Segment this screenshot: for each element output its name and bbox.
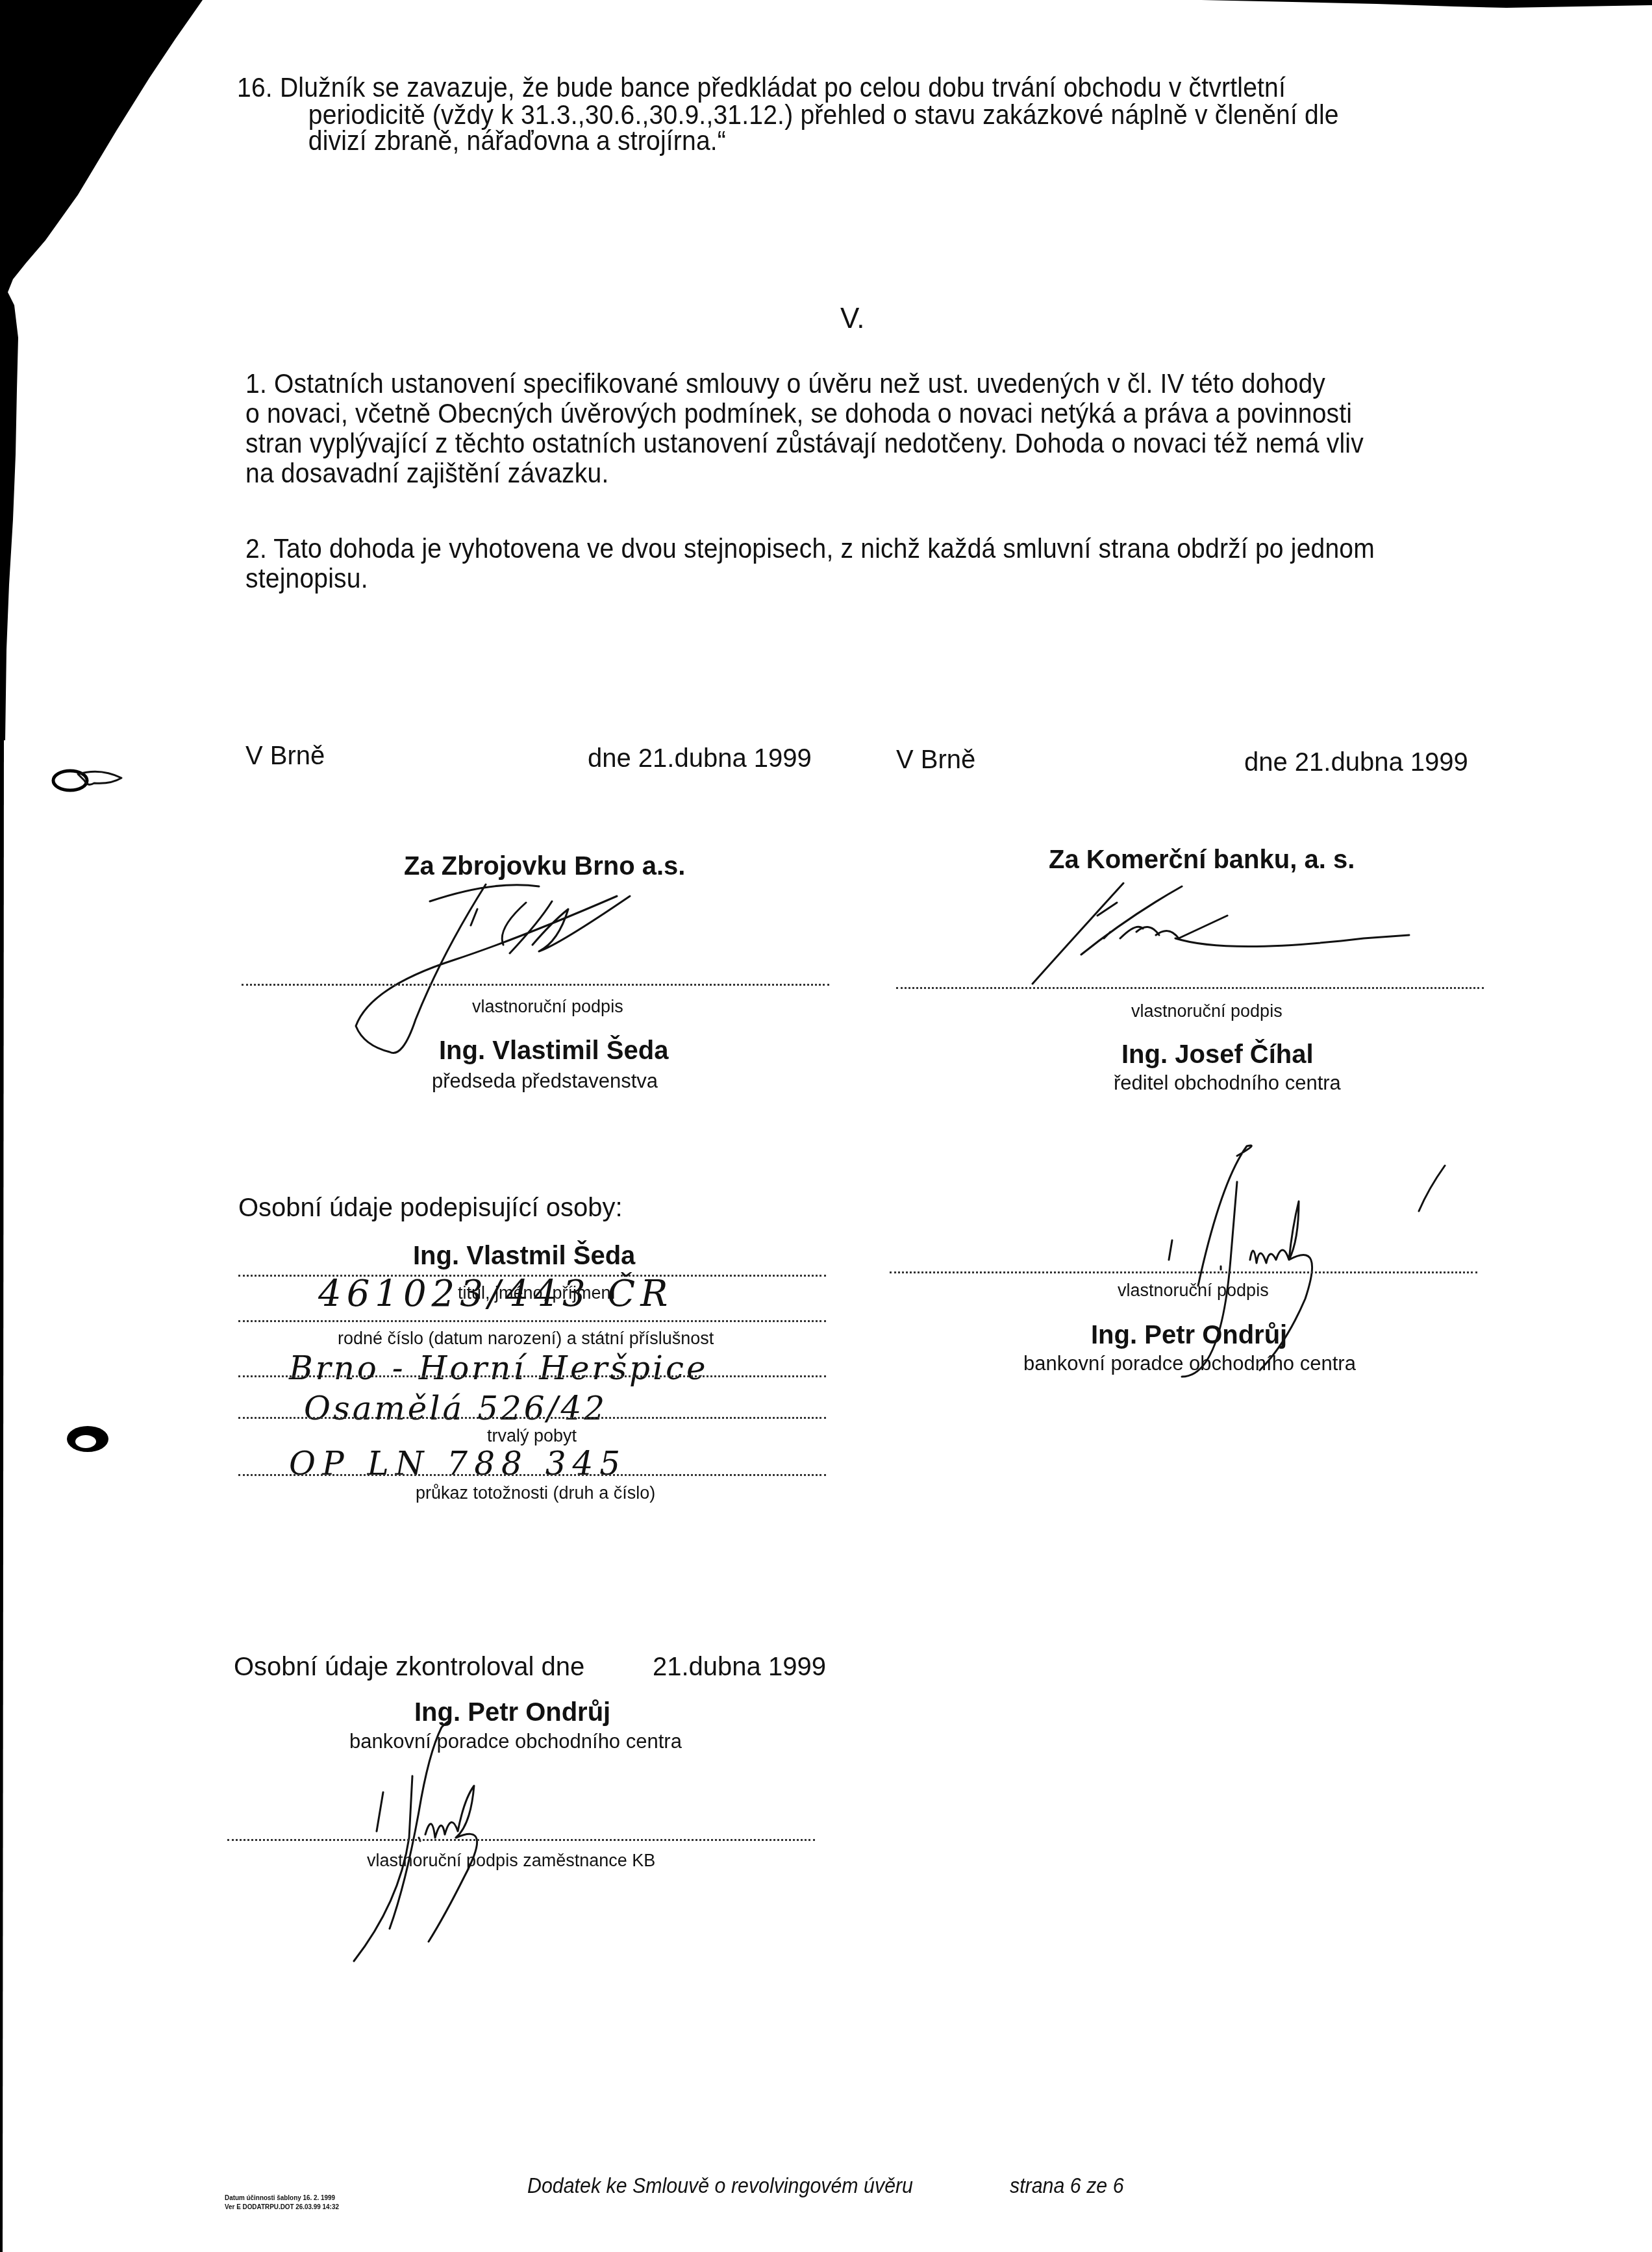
- advisor-signature-label: vlastnoruční podpis: [1118, 1281, 1269, 1301]
- address-label: trvalý pobyt: [487, 1426, 577, 1446]
- template-version: Ver E DODATRPU.DOT 26.03.99 14:32: [225, 2203, 339, 2212]
- advisor-signature-line: [890, 1271, 1477, 1273]
- birth-number-line: [238, 1320, 826, 1322]
- personal-data-heading: Osobní údaje podepisující osoby:: [238, 1194, 623, 1223]
- paragraph-number: 16.: [237, 72, 273, 103]
- id-card-handwritten: OP LN 788 345: [289, 1445, 627, 1483]
- footer-template-info: Datum účinnosti šablony 16. 2. 1999 Ver …: [225, 2194, 339, 2212]
- personal-data-name-value: Ing. Vlastmil Šeda: [413, 1242, 635, 1271]
- advisor-name: Ing. Petr Ondrůj: [1091, 1321, 1287, 1350]
- address-handwritten-line-1: Brno - Horní Heršpice: [289, 1349, 708, 1387]
- right-signature-line: [896, 987, 1484, 989]
- paragraph-16-line-3: divizí zbraně, nářaďovna a strojírna.“: [237, 126, 1475, 156]
- left-date: dne 21.dubna 1999: [588, 744, 812, 773]
- verification-date: 21.dubna 1999: [653, 1653, 826, 1682]
- id-card-line: [238, 1474, 826, 1476]
- verification-signature-line: [227, 1839, 815, 1841]
- birth-number-label: rodné číslo (datum narození) a státní př…: [338, 1329, 714, 1349]
- template-validity: Datum účinnosti šablony 16. 2. 1999: [225, 2194, 339, 2203]
- verification-label: Osobní údaje zkontroloval dne: [234, 1653, 584, 1682]
- right-signature-label: vlastnoruční podpis: [1131, 1001, 1283, 1021]
- scan-shadow-corner: [0, 0, 1652, 2252]
- birth-number-handwritten: 461023/443 ČR: [318, 1273, 673, 1315]
- address-handwritten-line-2: Osamělá 526/42: [304, 1390, 607, 1427]
- left-party: Za Zbrojovku Brno a.s.: [404, 852, 685, 881]
- left-signature-label: vlastnoruční podpis: [472, 997, 623, 1017]
- scan-blot-1: [49, 766, 127, 799]
- footer-document-title: Dodatek ke Smlouvě o revolvingovém úvěru: [527, 2173, 913, 2198]
- advisor-role: bankovní poradce obchodního centra: [1023, 1352, 1356, 1375]
- right-place: V Brně: [896, 745, 975, 775]
- section-v-item-2: 2. Tato dohoda je vyhotovena ve dvou ste…: [245, 534, 1471, 594]
- right-signatory-name: Ing. Josef Číhal: [1121, 1040, 1314, 1070]
- section-heading: V.: [840, 303, 865, 335]
- right-date: dne 21.dubna 1999: [1244, 748, 1468, 777]
- address-line-2: [238, 1417, 826, 1419]
- signature-cihal: [1020, 864, 1487, 994]
- left-signature-line: [242, 984, 829, 986]
- verification-signature-label: vlastnoruční podpis zaměstnance KB: [367, 1851, 655, 1871]
- id-card-label: průkaz totožnosti (druh a číslo): [416, 1483, 655, 1503]
- paragraph-16: 16. Dlužník se zavazuje, že bude bance p…: [237, 73, 1475, 156]
- left-signatory-name: Ing. Vlastimil Šeda: [439, 1036, 668, 1066]
- left-signatory-role: předseda představenstva: [432, 1070, 658, 1093]
- paragraph-16-line-1: 16. Dlužník se zavazuje, že bude bance p…: [237, 73, 1475, 103]
- section-v-item-1: 1. Ostatních ustanovení specifikované sm…: [245, 369, 1471, 488]
- scan-blot-2: [65, 1422, 117, 1455]
- right-signatory-role: ředitel obchodního centra: [1114, 1071, 1341, 1095]
- address-line-1: [238, 1375, 826, 1377]
- signature-ondruj-2: [286, 1714, 610, 1961]
- left-place: V Brně: [245, 742, 325, 771]
- footer-page-number: strana 6 ze 6: [1010, 2173, 1124, 2198]
